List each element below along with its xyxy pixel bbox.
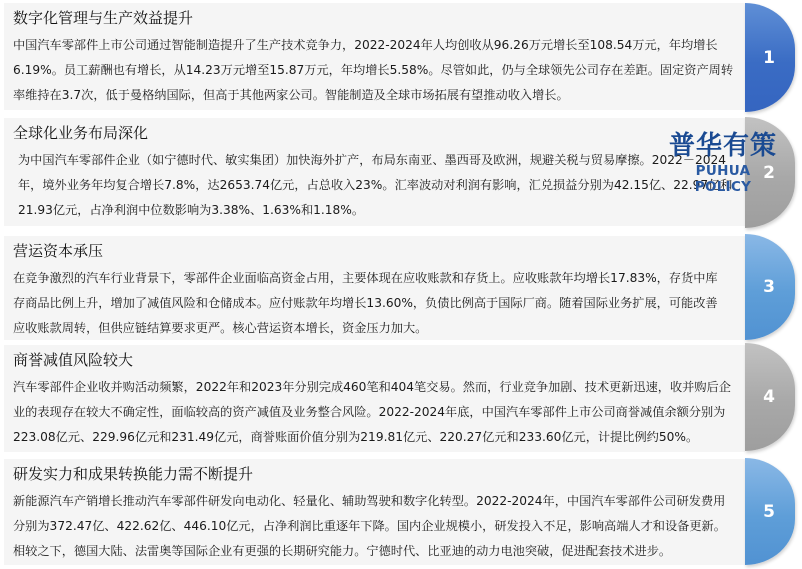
section-card-3: 营运资本承压 在竞争激烈的汽车行业背景下，零部件企业面临高资金占用，主要体现在应… [4,236,745,340]
section-card-2: 全球化业务布局深化 为中国汽车零部件企业（如宁德时代、敏实集团）加快海外扩产，布… [4,118,745,226]
section-title: 商誉减值风险较大 [13,350,737,370]
body-line: 业的表现存在较大不确定性，面临较高的资产减值及业务整合风险。2022-2024年… [13,405,725,419]
body-line: 存商品比例上升，增加了减值风险和仓储成本。应付账款年均增长13.60%，负债比例… [13,296,718,310]
section-title: 研发实力和成果转换能力需不断提升 [13,464,737,484]
section-number-badge-2: 2 [745,117,795,228]
badge-number: 5 [763,502,775,522]
section-card-4: 商誉减值风险较大 汽车零部件企业收并购活动频繁，2022年和2023年分别完成4… [4,345,745,452]
body-line: 中国汽车零部件上市公司通过智能制造提升了生产技术竞争力，2022-2024年人均… [13,38,718,52]
section-number-badge-3: 3 [745,234,795,340]
badge-number: 4 [763,387,775,407]
section-number-badge-4: 4 [745,343,795,451]
badge-number: 1 [763,48,775,68]
body-line: 汽车零部件企业收并购活动频繁，2022年和2023年分别完成460笔和404笔交… [13,380,731,394]
body-line: 分别为372.47亿、422.62亿、446.10亿元，占净利润比重逐年下降。国… [13,519,726,533]
body-line: 相较之下，德国大陆、法雷奥等国际企业有更强的长期研究能力。宁德时代、比亚迪的动力… [13,544,671,558]
body-line: 21.93亿元，占净利润中位数影响为3.38%、1.63%和1.18%。 [18,203,364,217]
section-body: 在竞争激烈的汽车行业背景下，零部件企业面临高资金占用，主要体现在应收账款和存货上… [13,266,737,341]
body-line: 223.08亿元、229.96亿元和231.49亿元，商誉账面价值分别为219.… [13,430,698,444]
body-line: 新能源汽车产销增长推动汽车零部件研发向电动化、轻量化、辅助驾驶和数字化转型。20… [13,494,725,508]
body-line: 年，境外业务年均复合增长7.8%，达2653.74亿元，占总收入23%。汇率波动… [18,178,732,192]
body-line: 为中国汽车零部件企业（如宁德时代、敏实集团）加快海外扩产，布局东南亚、墨西哥及欧… [18,153,726,167]
badge-number: 3 [763,277,775,297]
section-title: 全球化业务布局深化 [13,123,737,143]
section-title: 营运资本承压 [13,241,737,261]
body-line: 在竞争激烈的汽车行业背景下，零部件企业面临高资金占用，主要体现在应收账款和存货上… [13,271,718,285]
section-body: 新能源汽车产销增长推动汽车零部件研发向电动化、轻量化、辅助驾驶和数字化转型。20… [13,489,737,564]
section-body: 汽车零部件企业收并购活动频繁，2022年和2023年分别完成460笔和404笔交… [13,375,737,450]
section-number-badge-1: 1 [745,3,795,112]
body-line: 6.19%。员工薪酬也有增长，从14.23万元增至15.87万元，年均增长5.5… [13,63,733,77]
body-line: 应收账款周转，但供应链结算要求更严。核心营运资本增长，资金压力加大。 [13,321,427,335]
section-card-5: 研发实力和成果转换能力需不断提升 新能源汽车产销增长推动汽车零部件研发向电动化、… [4,459,745,565]
section-body: 为中国汽车零部件企业（如宁德时代、敏实集团）加快海外扩产，布局东南亚、墨西哥及欧… [13,148,737,223]
section-number-badge-5: 5 [745,458,795,565]
section-body: 中国汽车零部件上市公司通过智能制造提升了生产技术竞争力，2022-2024年人均… [13,33,737,108]
body-line: 率维持在3.7次，低于曼格纳国际，但高于其他两家公司。智能制造及全球市场拓展有望… [13,88,569,102]
section-title: 数字化管理与生产效益提升 [13,8,737,28]
section-card-1: 数字化管理与生产效益提升 中国汽车零部件上市公司通过智能制造提升了生产技术竞争力… [4,3,745,110]
badge-number: 2 [763,163,775,183]
